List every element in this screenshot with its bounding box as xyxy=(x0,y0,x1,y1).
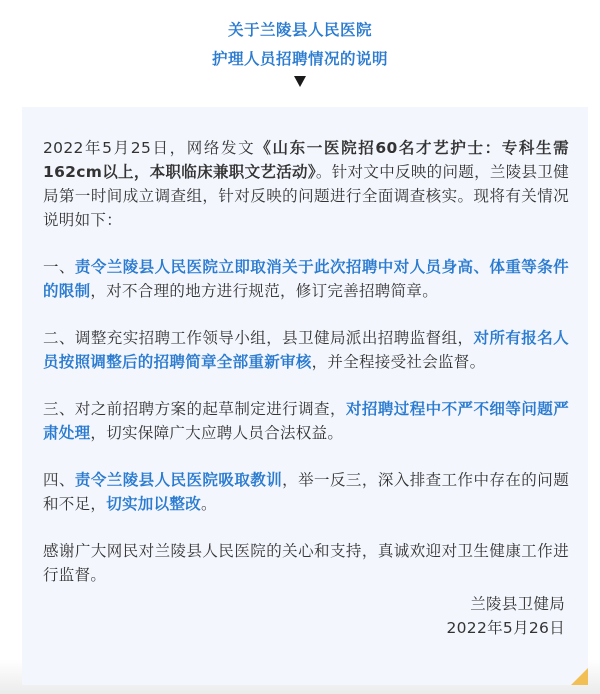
intro-paragraph: 2022年5月25日，网络发文《山东一医院招60名才艺护士：专科生需162cm以… xyxy=(43,136,569,232)
notice-card: 2022年5月25日，网络发文《山东一医院招60名才艺护士：专科生需162cm以… xyxy=(22,107,588,685)
item-1: 一、责令兰陵县人民医院立即取消关于此次招聘中对人员身高、体重等条件的限制，对不合… xyxy=(43,255,569,303)
item-3: 三、对之前招聘方案的起草制定进行调查，对招聘过程中不严不细等问题严肃处理，切实保… xyxy=(43,397,569,445)
item-suffix: ，并全程接受社会监督。 xyxy=(312,353,486,371)
item-4: 四、责令兰陵县人民医院吸取教训，举一反三，深入排查工作中存在的问题和不足，切实加… xyxy=(43,468,569,516)
intro-text: 2022年5月25日，网络发文 xyxy=(43,139,255,157)
title-line-1: 关于兰陵县人民医院 xyxy=(0,20,600,40)
signature-date: 2022年5月26日 xyxy=(446,616,565,640)
closing-paragraph: 感谢广大网民对兰陵县人民医院的关心和支持，真诚欢迎对卫生健康工作进行监督。 xyxy=(43,539,569,587)
item-suffix: ，切实保障广大应聘人员合法权益。 xyxy=(90,424,343,442)
notice-content: 2022年5月25日，网络发文《山东一医院招60名才艺护士：专科生需162cm以… xyxy=(43,136,569,610)
item-2: 二、调整充实招聘工作领导小组，县卫健局派出招聘监督组，对所有报名人员按照调整后的… xyxy=(43,326,569,374)
item-prefix: 一、 xyxy=(43,258,75,276)
item-highlight: 责令兰陵县人民医院吸取教训 xyxy=(75,471,282,489)
triangle-down-icon xyxy=(294,76,306,87)
item-suffix: ，对不合理的地方进行规范，修订完善招聘简章。 xyxy=(90,282,438,300)
item-prefix: 二、调整充实招聘工作领导小组，县卫健局派出招聘监督组， xyxy=(43,329,473,347)
signature-organization: 兰陵县卫健局 xyxy=(470,592,565,616)
item-suffix: 。 xyxy=(201,495,217,513)
corner-fold-decoration xyxy=(571,668,588,685)
title-line-2: 护理人员招聘情况的说明 xyxy=(0,49,600,69)
item-highlight-2: 切实加以整改 xyxy=(106,495,201,513)
item-prefix: 四、 xyxy=(43,471,75,489)
item-prefix: 三、对之前招聘方案的起草制定进行调查， xyxy=(43,400,346,418)
